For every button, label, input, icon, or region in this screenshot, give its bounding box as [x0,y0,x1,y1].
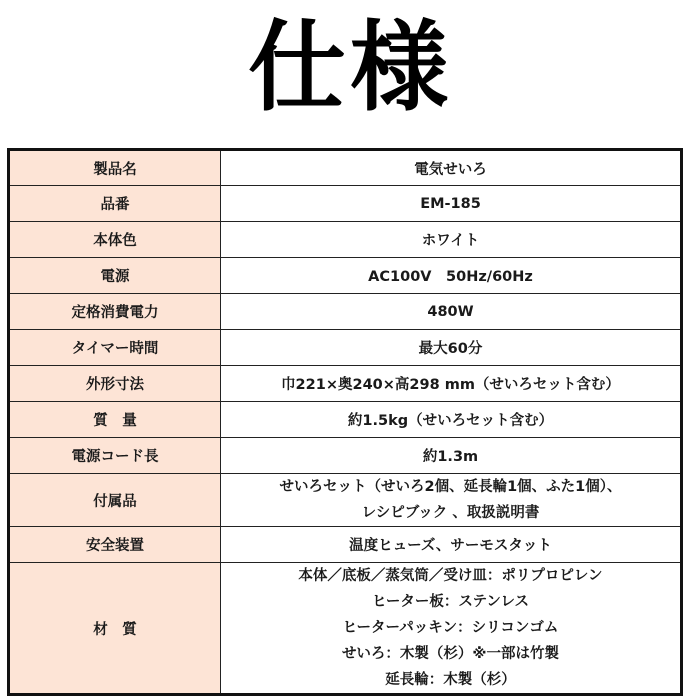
row-value: 電気せいろ [221,150,682,186]
row-value: EM-185 [221,186,682,222]
table-row: 品番 EM-185 [9,186,682,222]
row-label: 製品名 [9,150,221,186]
table-row: 付属品 せいろセット（せいろ2個、延長輪1個、ふた1個）、 レシピブック 、取扱… [9,474,682,527]
row-label: 安全装置 [9,527,221,563]
row-value: 約1.3m [221,438,682,474]
row-value: AC100V 50Hz/60Hz [221,258,682,294]
row-label: 材 質 [9,563,221,695]
table-row: 本体色 ホワイト [9,222,682,258]
table-row: 電源コード長 約1.3m [9,438,682,474]
row-label: 質 量 [9,402,221,438]
table-row: タイマー時間 最大60分 [9,330,682,366]
row-label: 品番 [9,186,221,222]
row-value: 約1.5kg（せいろセット含む） [221,402,682,438]
row-label: 外形寸法 [9,366,221,402]
row-value: 巾221×奥240×高298 mm（せいろセット含む） [221,366,682,402]
table-row: 材 質 本体／底板／蒸気筒／受け皿：ポリプロピレン ヒーター板：ステンレス ヒー… [9,563,682,695]
value-line: 本体／底板／蒸気筒／受け皿：ポリプロピレン [221,563,680,589]
row-value: 480W [221,294,682,330]
value-line: せいろ：木製（杉）※一部は竹製 [221,641,680,667]
page-title: 仕様 [0,8,700,128]
row-value: せいろセット（せいろ2個、延長輪1個、ふた1個）、 レシピブック 、取扱説明書 [221,474,682,527]
row-value: ホワイト [221,222,682,258]
row-label: 本体色 [9,222,221,258]
row-label: 電源 [9,258,221,294]
row-label: 電源コード長 [9,438,221,474]
table-row: 電源 AC100V 50Hz/60Hz [9,258,682,294]
row-value: 本体／底板／蒸気筒／受け皿：ポリプロピレン ヒーター板：ステンレス ヒーターパッ… [221,563,682,695]
value-line: 延長輪：木製（杉） [221,667,680,693]
row-value: 温度ヒューズ、サーモスタット [221,527,682,563]
value-line: ヒーター板：ステンレス [221,589,680,615]
spec-table: 製品名 電気せいろ 品番 EM-185 本体色 ホワイト 電源 AC100V 5… [7,148,683,696]
table-row: 質 量 約1.5kg（せいろセット含む） [9,402,682,438]
row-value: 最大60分 [221,330,682,366]
row-label: 定格消費電力 [9,294,221,330]
table-row: 外形寸法 巾221×奥240×高298 mm（せいろセット含む） [9,366,682,402]
row-label: タイマー時間 [9,330,221,366]
value-line: せいろセット（せいろ2個、延長輪1個、ふた1個）、 [221,474,680,500]
table-row: 安全装置 温度ヒューズ、サーモスタット [9,527,682,563]
value-line: レシピブック 、取扱説明書 [221,500,680,526]
table-row: 定格消費電力 480W [9,294,682,330]
row-label: 付属品 [9,474,221,527]
value-line: ヒーターパッキン：シリコンゴム [221,615,680,641]
table-row: 製品名 電気せいろ [9,150,682,186]
